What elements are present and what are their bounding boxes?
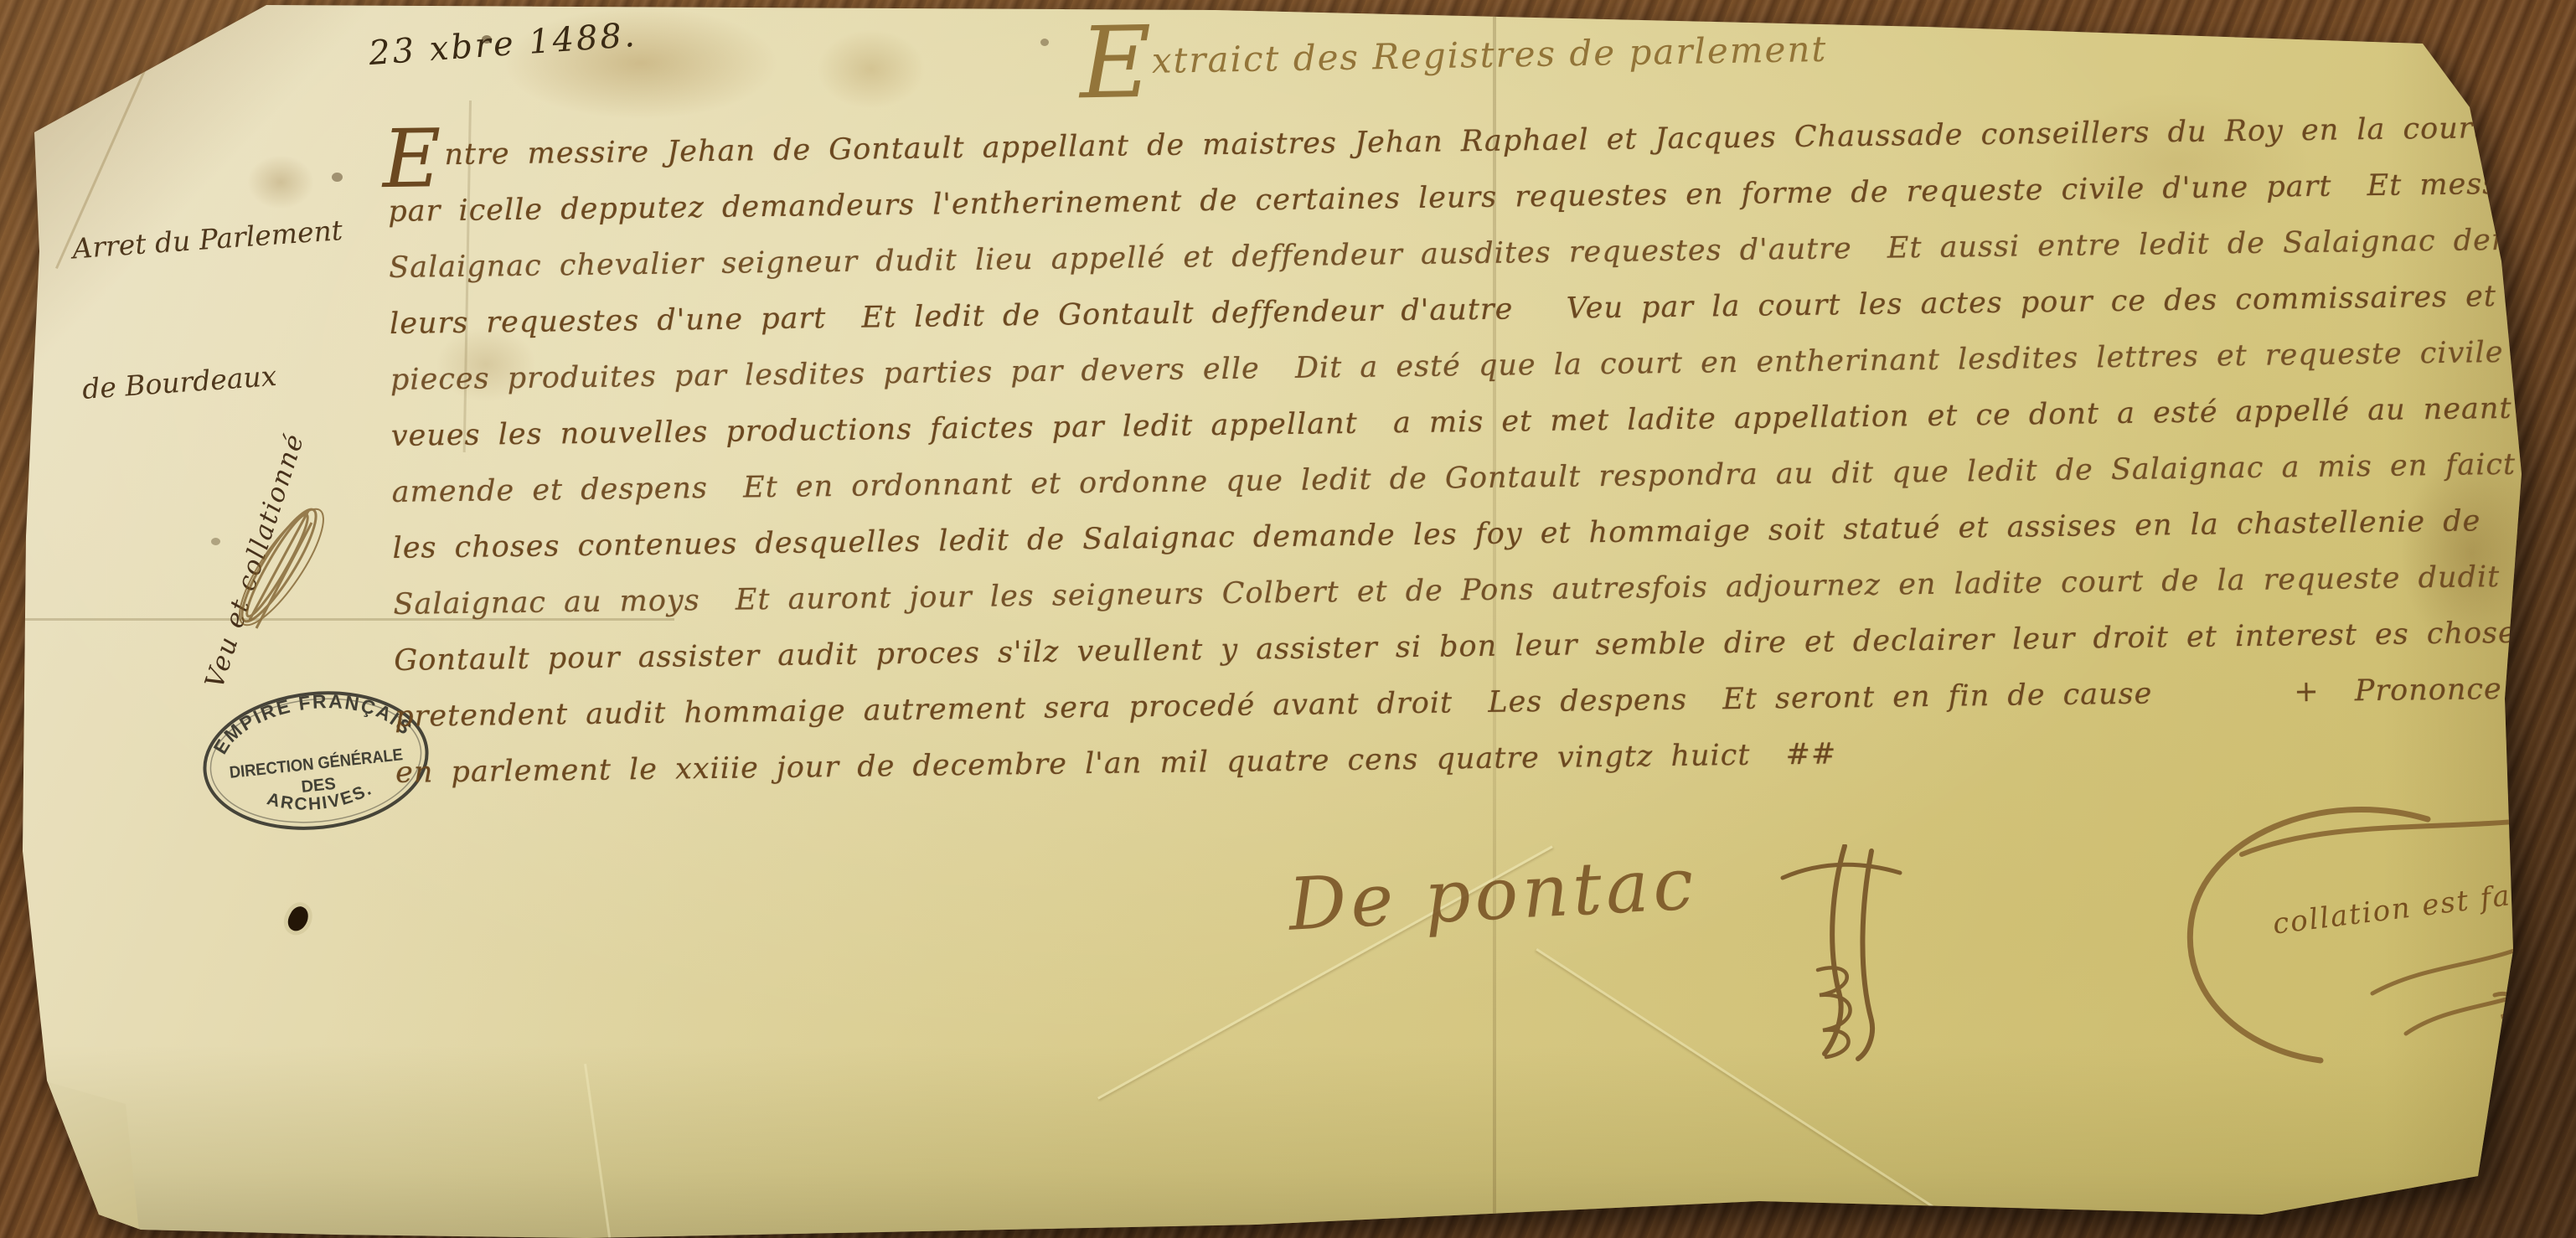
speck-4: [211, 538, 220, 545]
manuscript-line: amende et despens Et en ordonnant et ord…: [391, 446, 2576, 509]
manuscript-body: E ntre messire Jehan de Gontault appella…: [387, 95, 2542, 877]
margin-note-line-1: Arret du Parlement: [71, 207, 344, 272]
signature-paraph: [1774, 844, 1908, 1062]
parchment-sheet: 23 xbre 1488. Arret du Parlement de Bour…: [0, 0, 2576, 1238]
photograph-of-parchment: 23 xbre 1488. Arret du Parlement de Bour…: [0, 0, 2576, 1238]
collation-flourish: [2161, 794, 2563, 1079]
manuscript-line: ntre messire Jehan de Gontault appellant…: [444, 106, 2576, 172]
margin-note-line-2: de Bourdeaux: [80, 348, 354, 413]
manuscript-line: leurs requestes d'une part Et ledit de G…: [390, 278, 2576, 341]
quill-flourish-mark: [225, 486, 333, 645]
manuscript-line: Salaignac au moys Et auront jour les sei…: [393, 560, 2555, 622]
manuscript-line: Gontault pour assister audit proces s'il…: [394, 616, 2532, 678]
manuscript-line: pretendent audit hommaige autrement sera…: [395, 669, 2576, 734]
manuscript-line: en parlement le xxiiie jour de decembre …: [395, 737, 1837, 790]
heading-text: xtraict des Registres de parlement: [1151, 28, 1827, 81]
worm-hole: [284, 904, 312, 935]
manuscript-line: par icelle depputez demandeurs l'entheri…: [388, 164, 2576, 229]
body-initial-flourish: E: [382, 111, 442, 206]
margin-note: Arret du Parlement de Bourdeaux: [65, 113, 361, 506]
manuscript-line: pieces produites par lesdites parties pa…: [390, 335, 2574, 397]
document-heading: Extraict des Registres de parlement: [1045, 5, 1828, 109]
heading-initial: E: [1079, 4, 1154, 121]
parchment-shadow-wrap: 23 xbre 1488. Arret du Parlement de Bour…: [0, 0, 2576, 1238]
manuscript-line: veues les nouvelles productions faictes …: [391, 390, 2576, 453]
manuscript-line: Salaignac chevalier seigneur dudit lieu …: [389, 215, 2576, 285]
stain-top-2: [817, 29, 926, 109]
manuscript-line: les choses contenues desquelles ledit de…: [392, 504, 2480, 565]
